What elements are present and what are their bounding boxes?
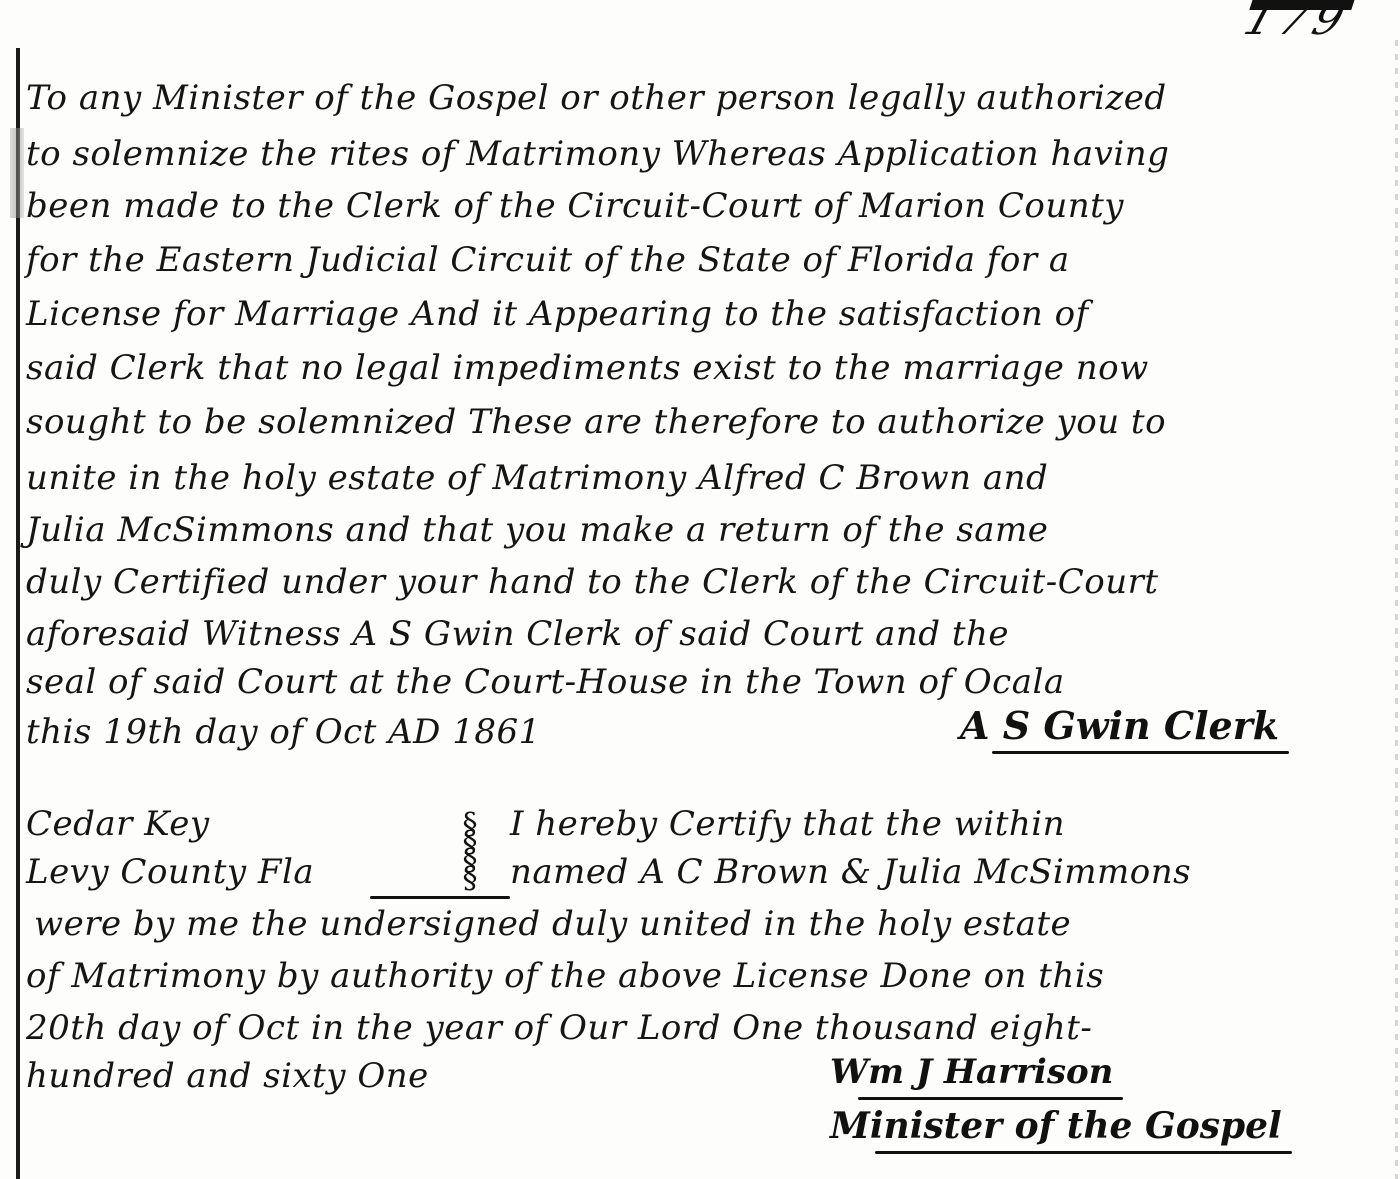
venue-underline (370, 896, 510, 899)
license-line-13: this 19th day of Oct AD 1861 (26, 712, 541, 752)
certificate-line-1: I hereby Certify that the within (510, 804, 1065, 844)
venue-brace-icon: § § § § (452, 816, 488, 896)
minister-signature-name: Wm J Harrison (830, 1050, 1113, 1094)
clerk-signature: A S Gwin Clerk (960, 704, 1279, 748)
license-line-4: for the Eastern Judicial Circuit of the … (26, 240, 1070, 280)
document-page: 179 To any Minister of the Gospel or oth… (0, 0, 1400, 1179)
certificate-venue-line-1: Cedar Key (26, 804, 210, 844)
license-line-11: aforesaid Witness A S Gwin Clerk of said… (26, 614, 1009, 654)
left-margin-rule (16, 48, 20, 1179)
certificate-line-4: of Matrimony by authority of the above L… (26, 956, 1104, 996)
license-line-5: License for Marriage And it Appearing to… (26, 294, 1089, 334)
license-line-6: said Clerk that no legal impediments exi… (26, 348, 1149, 388)
license-line-10: duly Certified under your hand to the Cl… (26, 562, 1159, 602)
certificate-line-2: named A C Brown & Julia McSimmons (510, 852, 1191, 892)
certificate-venue-line-2: Levy County Fla (26, 852, 314, 892)
license-line-8: unite in the holy estate of Matrimony Al… (26, 458, 1048, 498)
minister-signature-title: Minister of the Gospel (830, 1104, 1282, 1148)
right-page-edge (1395, 40, 1398, 1179)
certificate-line-3: were by me the undersigned duly united i… (34, 904, 1071, 944)
license-line-7: sought to be solemnized These are theref… (26, 402, 1166, 442)
license-line-3: been made to the Clerk of the Circuit-Co… (26, 186, 1124, 226)
page-number: 179 (1240, 0, 1355, 40)
certificate-line-5: 20th day of Oct in the year of Our Lord … (26, 1008, 1092, 1048)
license-line-12: seal of said Court at the Court-House in… (26, 662, 1065, 702)
license-line-1: To any Minister of the Gospel or other p… (26, 78, 1167, 118)
brace-glyph-4: § (452, 870, 488, 888)
certificate-line-6: hundred and sixty One (26, 1056, 429, 1096)
license-line-9: Julia McSimmons and that you make a retu… (26, 510, 1048, 550)
license-line-2: to solemnize the rites of Matrimony Wher… (26, 134, 1169, 174)
